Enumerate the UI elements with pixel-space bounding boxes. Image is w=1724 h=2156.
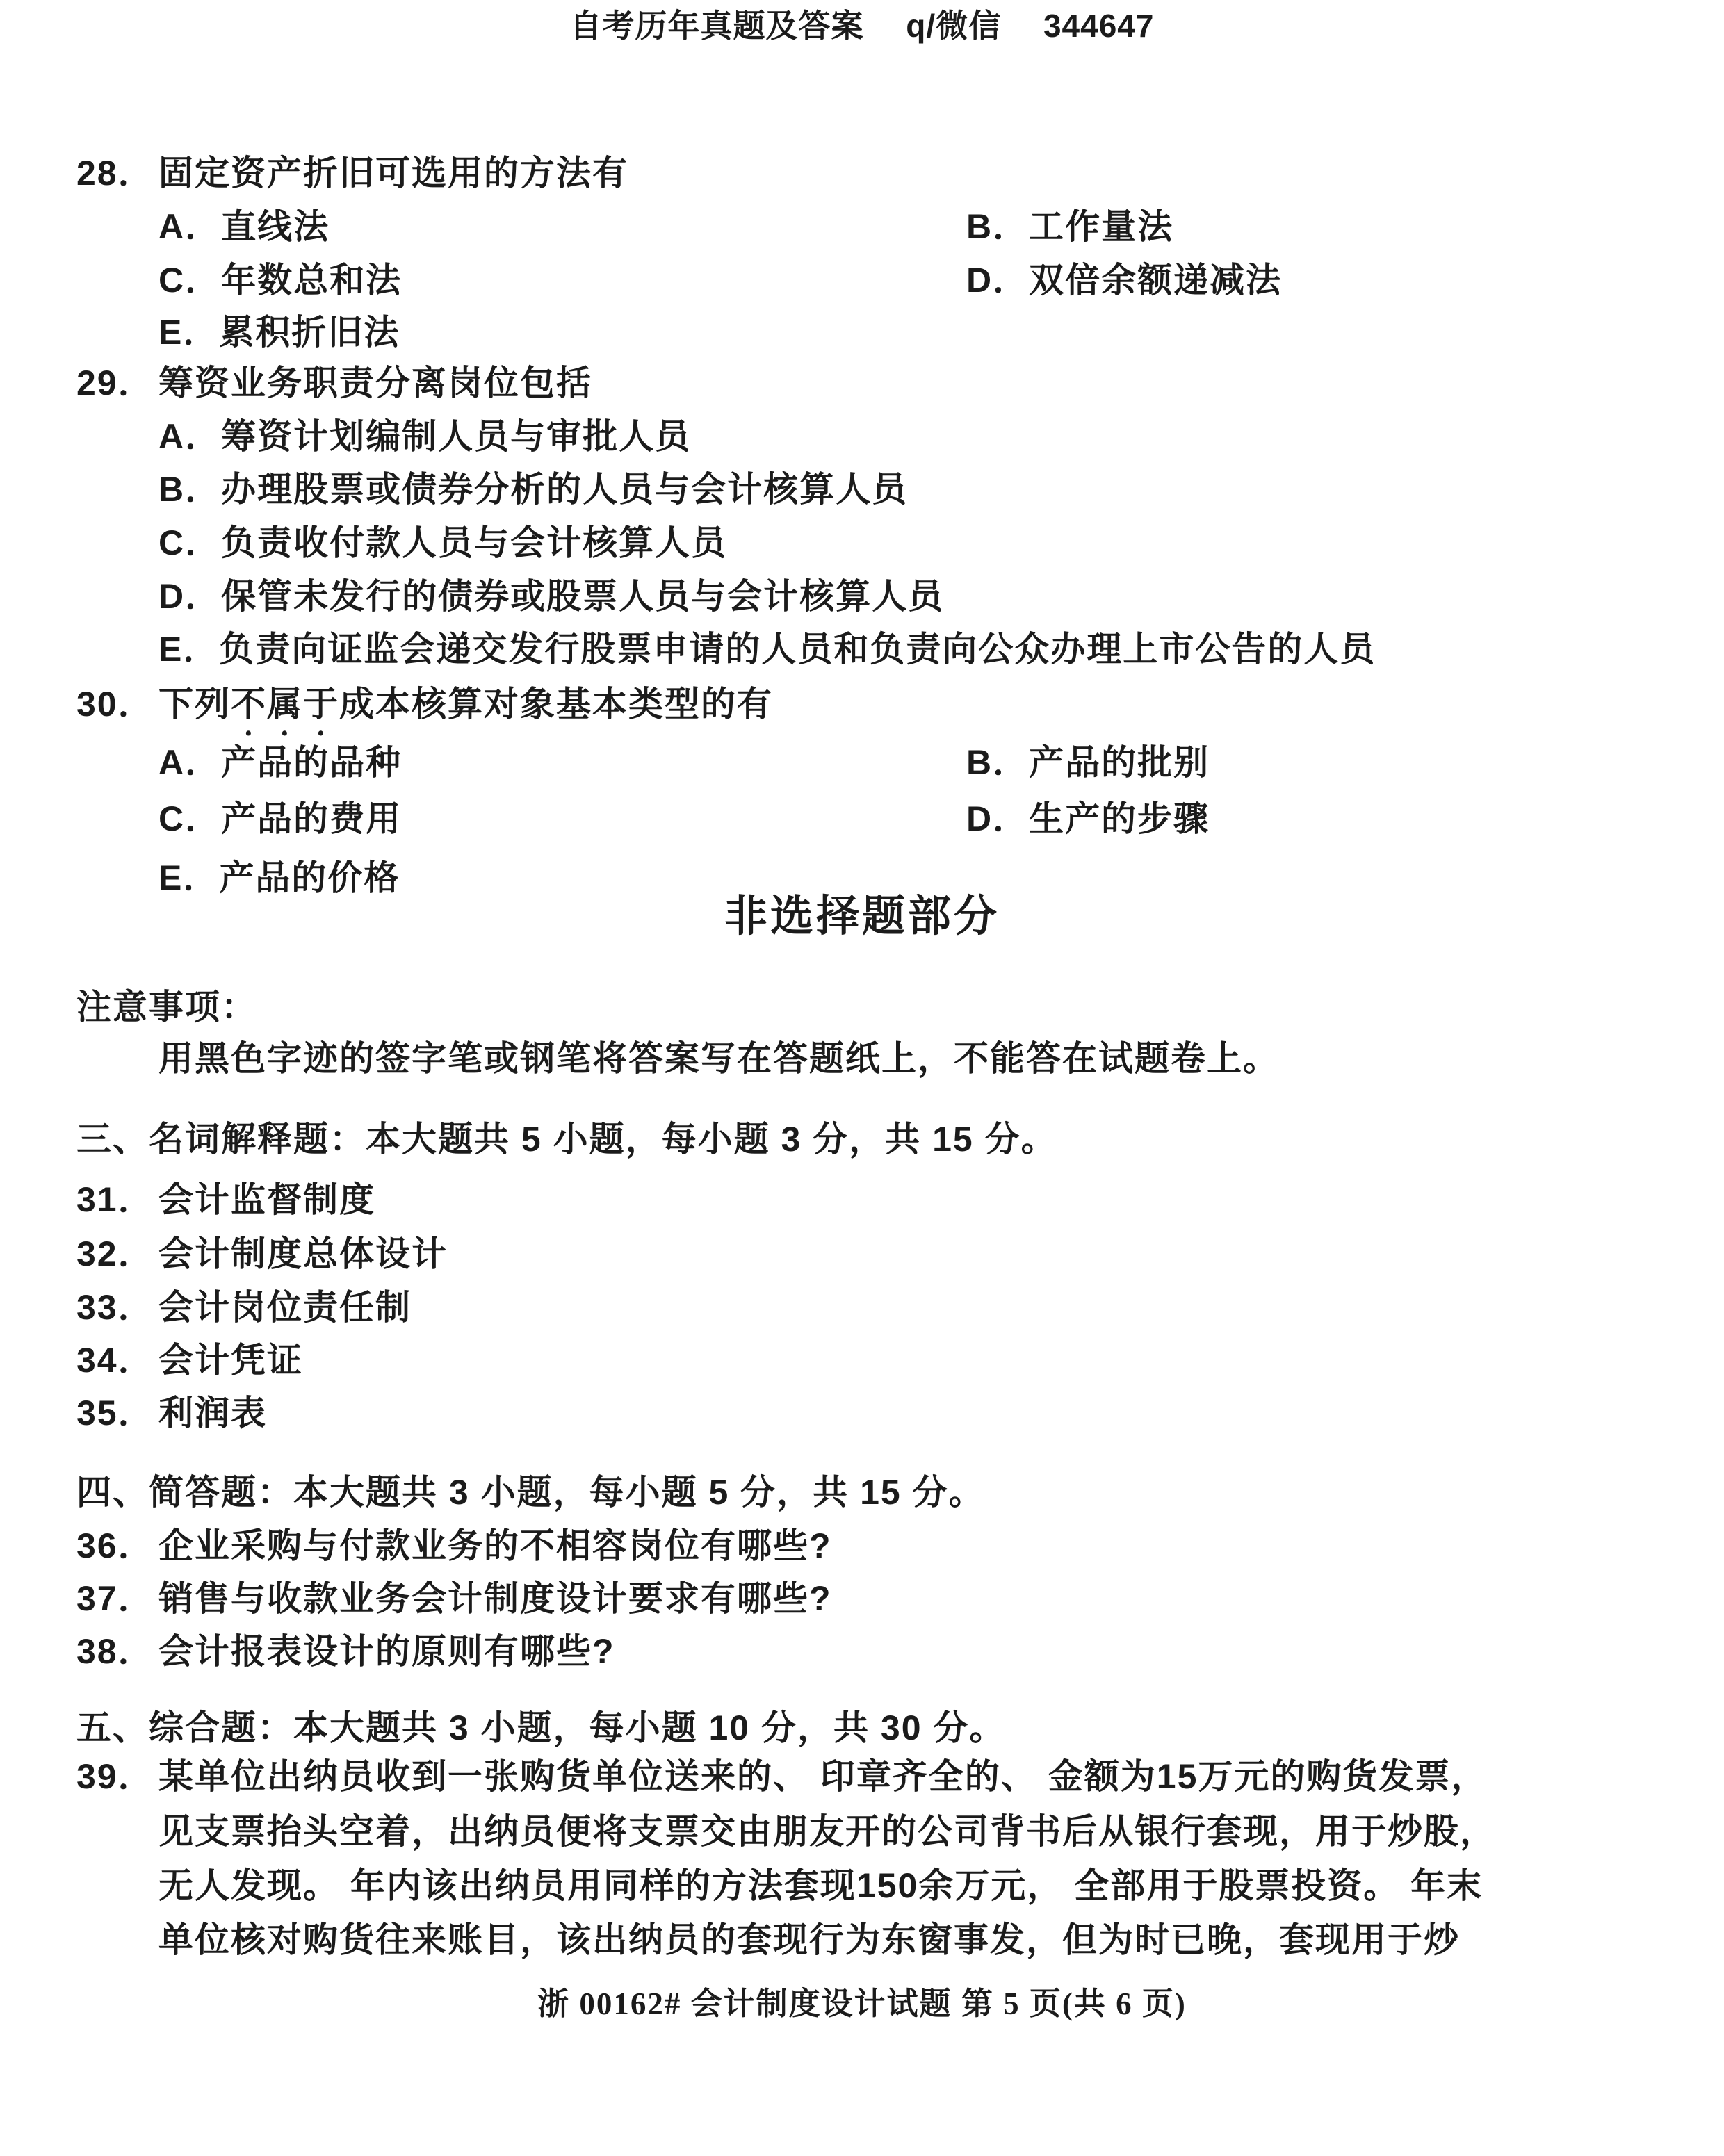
section-3-heading: 三、名词解释题：本大题共 5 小题，每小题 3 分，共 15 分。 (76, 1118, 1057, 1161)
page-header: 自考历年真题及答案 q/微信 344647 (0, 4, 1724, 47)
question-30: 30．下列不属于成本核算对象基本类型的有 (76, 683, 773, 743)
section-5-heading: 五、综合题：本大题共 3 小题，每小题 10 分，共 30 分。 (76, 1706, 1005, 1749)
question-33-number: 33． (76, 1286, 158, 1329)
question-35-text: 利润表 (158, 1394, 267, 1432)
question-34: 34．会计凭证 (76, 1339, 303, 1382)
question-33-text: 会计岗位责任制 (158, 1288, 412, 1327)
question-28: 28．固定资产折旧可选用的方法有 (76, 152, 628, 195)
question-30-number: 30． (76, 683, 158, 726)
question-31-text: 会计监督制度 (158, 1180, 375, 1219)
question-39-number: 39． (76, 1755, 158, 1798)
exam-page: 自考历年真题及答案 q/微信 344647 28．固定资产折旧可选用的方法有 A… (0, 0, 1724, 2156)
question-39-line-3: 无人发现。 年内该出纳员用同样的方法套现150余万元， 全部用于股票投资。 年末 (158, 1864, 1483, 1907)
question-28-option-b: B．工作量法 (966, 205, 1173, 248)
question-30-option-b: B．产品的批别 (966, 741, 1210, 784)
page-footer: 浙 00162# 会计制度设计试题 第 5 页(共 6 页) (0, 1982, 1724, 2025)
notice-body: 用黑色字迹的签字笔或钢笔将答案写在答题纸上，不能答在试题卷上。 (158, 1037, 1279, 1080)
question-36-number: 36． (76, 1524, 158, 1567)
question-36-text: 企业采购与付款业务的不相容岗位有哪些? (158, 1526, 832, 1565)
question-39-line-2: 见支票抬头空着，出纳员便将支票交由朋友开的公司背书后从银行套现，用于炒股， (158, 1810, 1496, 1853)
question-38-text: 会计报表设计的原则有哪些? (158, 1632, 615, 1671)
question-32: 32．会计制度总体设计 (76, 1232, 448, 1275)
question-34-number: 34． (76, 1339, 158, 1382)
question-34-text: 会计凭证 (158, 1341, 303, 1380)
question-28-option-e: E．累积折旧法 (158, 311, 400, 354)
question-33: 33．会计岗位责任制 (76, 1286, 412, 1329)
question-28-option-d: D．双倍余额递减法 (966, 259, 1282, 302)
section-title: 非选择题部分 (0, 895, 1724, 938)
question-39-line-4: 单位核对购货往来账目，该出纳员的套现行为东窗事发，但为时已晚，套现用于炒 (158, 1918, 1460, 1961)
question-28-option-a: A．直线法 (158, 205, 330, 248)
section-4-heading: 四、简答题：本大题共 3 小题，每小题 5 分，共 15 分。 (76, 1471, 985, 1514)
question-29-number: 29． (76, 361, 158, 405)
question-32-number: 32． (76, 1232, 158, 1275)
question-38-number: 38． (76, 1630, 158, 1673)
question-29-option-c: C．负责收付款人员与会计核算人员 (158, 521, 727, 564)
question-30-stem-post: 成本核算对象基本类型的有 (339, 685, 773, 724)
question-37-number: 37． (76, 1577, 158, 1620)
question-30-option-c: C．产品的费用 (158, 797, 402, 840)
question-36: 36．企业采购与付款业务的不相容岗位有哪些? (76, 1524, 832, 1567)
question-29: 29．筹资业务职责分离岗位包括 (76, 361, 592, 405)
question-37-text: 销售与收款业务会计制度设计要求有哪些? (158, 1579, 832, 1618)
question-32-text: 会计制度总体设计 (158, 1234, 448, 1273)
question-29-stem: 筹资业务职责分离岗位包括 (158, 364, 592, 402)
question-30-option-a: A．产品的品种 (158, 741, 402, 784)
question-38: 38．会计报表设计的原则有哪些? (76, 1630, 615, 1673)
question-29-option-a: A．筹资计划编制人员与审批人员 (158, 415, 691, 458)
question-29-option-b: B．办理股票或债券分析的人员与会计核算人员 (158, 468, 908, 511)
question-28-number: 28． (76, 152, 158, 195)
question-31-number: 31． (76, 1178, 158, 1221)
question-35-number: 35． (76, 1391, 158, 1435)
question-35: 35．利润表 (76, 1391, 267, 1435)
question-39-text-1: 某单位出纳员收到一张购货单位送来的、 印章齐全的、 金额为15万元的购货发票， (158, 1757, 1487, 1796)
question-30-option-d: D．生产的步骤 (966, 797, 1210, 840)
question-28-option-c: C．年数总和法 (158, 259, 402, 302)
question-37: 37．销售与收款业务会计制度设计要求有哪些? (76, 1577, 832, 1620)
question-30-stem-emphasized: 不属于 (231, 685, 339, 724)
question-29-option-e: E．负责向证监会递交发行股票申请的人员和负责向公众办理上市公告的人员 (158, 628, 1376, 671)
question-28-stem: 固定资产折旧可选用的方法有 (158, 154, 628, 193)
question-31: 31．会计监督制度 (76, 1178, 375, 1221)
question-29-option-d: D．保管未发行的债券或股票人员与会计核算人员 (158, 575, 944, 618)
question-30-option-e: E．产品的价格 (158, 856, 400, 899)
question-30-stem-pre: 下列 (158, 685, 231, 724)
question-39-line-1: 39．某单位出纳员收到一张购货单位送来的、 印章齐全的、 金额为15万元的购货发… (76, 1755, 1487, 1798)
notice-heading: 注意事项： (76, 986, 257, 1029)
